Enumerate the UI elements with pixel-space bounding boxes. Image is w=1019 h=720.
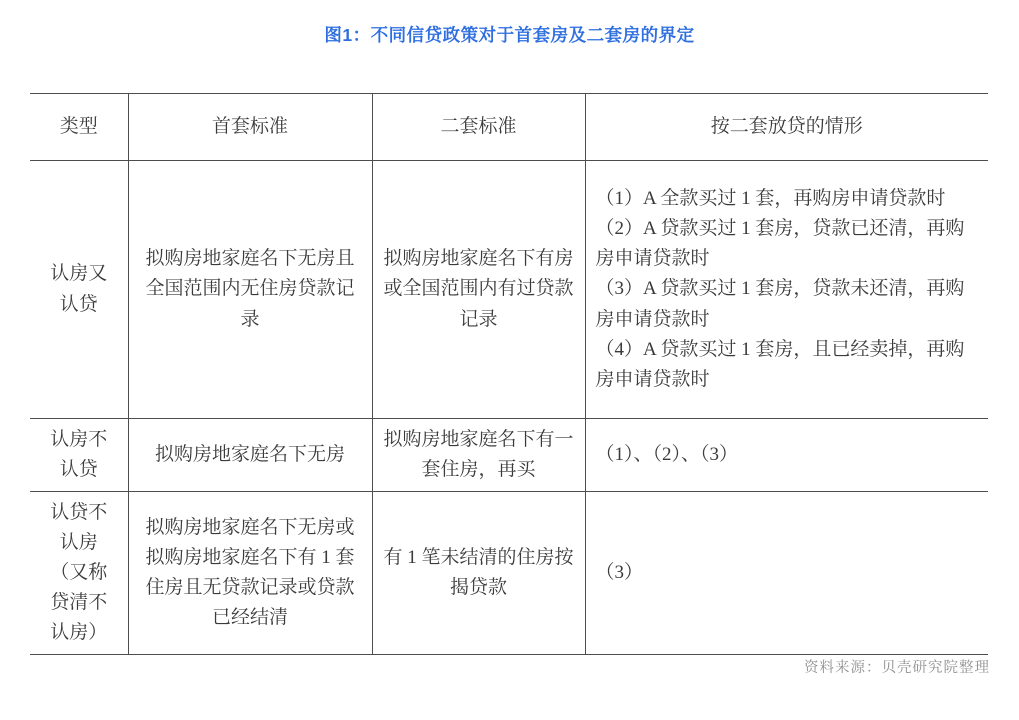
cell-first-home-standard: 拟购房地家庭名下无房 (128, 419, 372, 492)
cell-first-home-standard: 拟购房地家庭名下无房且全国范围内无住房贷款记录 (128, 161, 372, 419)
cell-second-home-standard: 有 1 笔未结清的住房按揭贷款 (372, 492, 585, 655)
header-second-home-standard: 二套标准 (372, 94, 585, 161)
figure-title: 图1：不同信贷政策对于首套房及二套房的界定 (0, 22, 1019, 47)
table-row: 认房不 认贷 拟购房地家庭名下无房 拟购房地家庭名下有一套住房，再买 （1）、（… (30, 419, 988, 492)
cell-second-home-lending-cases: （1）A 全款买过 1 套，再购房申请贷款时 （2）A 贷款买过 1 套房，贷款… (585, 161, 988, 419)
cell-second-home-standard: 拟购房地家庭名下有一套住房，再买 (372, 419, 585, 492)
cell-second-home-lending-cases: （1）、（2）、（3） (585, 419, 988, 492)
header-second-home-lending-cases: 按二套放贷的情形 (585, 94, 988, 161)
cell-first-home-standard: 拟购房地家庭名下无房或 拟购房地家庭名下有 1 套住房且无贷款记录或贷款已经结清 (128, 492, 372, 655)
header-first-home-standard: 首套标准 (128, 94, 372, 161)
header-row: 类型 首套标准 二套标准 按二套放贷的情形 (30, 94, 988, 161)
page: 图1：不同信贷政策对于首套房及二套房的界定 类型 首套标准 二套标准 按二套放贷… (0, 0, 1019, 720)
cell-type: 认房又 认贷 (30, 161, 128, 419)
cell-type: 认房不 认贷 (30, 419, 128, 492)
table-row: 认贷不 认房 （又称 贷清不 认房） 拟购房地家庭名下无房或 拟购房地家庭名下有… (30, 492, 988, 655)
data-source-note: 资料来源：贝壳研究院整理 (804, 656, 990, 677)
cell-second-home-standard: 拟购房地家庭名下有房或全国范围内有过贷款记录 (372, 161, 585, 419)
header-type: 类型 (30, 94, 128, 161)
cell-type: 认贷不 认房 （又称 贷清不 认房） (30, 492, 128, 655)
cell-second-home-lending-cases: （3） (585, 492, 988, 655)
credit-policy-table: 类型 首套标准 二套标准 按二套放贷的情形 认房又 认贷 拟购房地家庭名下无房且… (30, 93, 988, 655)
table-row: 认房又 认贷 拟购房地家庭名下无房且全国范围内无住房贷款记录 拟购房地家庭名下有… (30, 161, 988, 419)
